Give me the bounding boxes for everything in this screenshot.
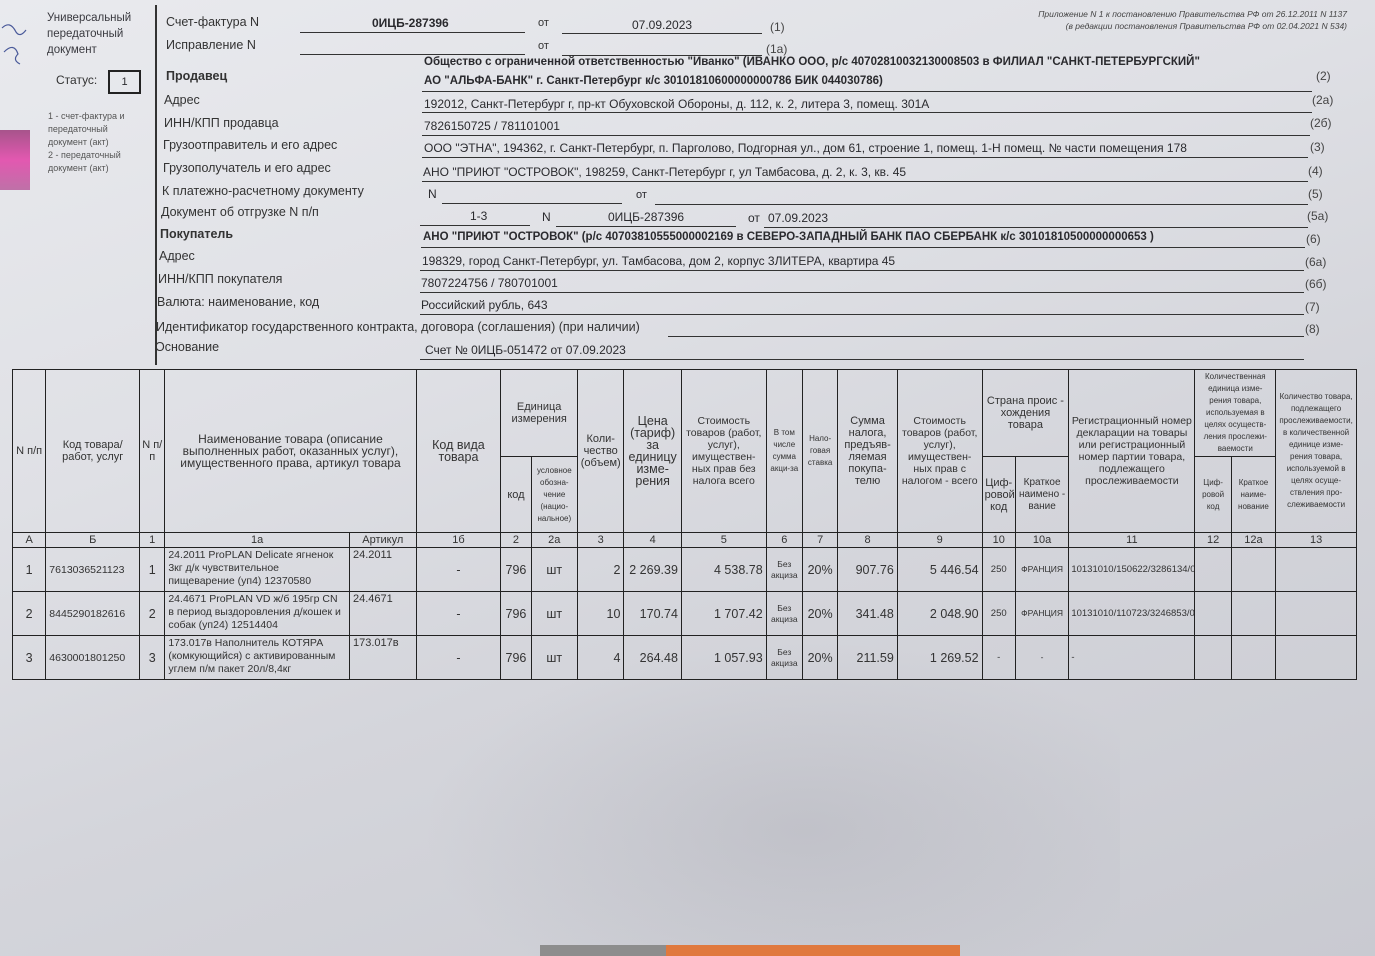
buyer-label: Покупатель	[160, 227, 233, 241]
appendix-line-2: (в редакции постановления Правительства …	[1038, 20, 1347, 32]
cell-n2: 3	[140, 636, 165, 680]
cell-unit-code: 796	[501, 548, 531, 592]
table-row: 17613036521123124.2011 ProPLAN Delicate …	[13, 548, 1357, 592]
cell-reg: 10131010/150622/3286134/0	[1069, 548, 1195, 592]
basis-label: Основание	[155, 340, 219, 354]
col-header-trace-unit: Количественная единица изме-рения товара…	[1195, 370, 1276, 457]
index-cell: 11	[1069, 533, 1195, 548]
cell-excise: Без акциза	[766, 592, 802, 636]
cell-trace-name	[1231, 636, 1275, 680]
cell-code: 7613036521123	[46, 548, 140, 592]
buyer-inn-code: (6б)	[1305, 277, 1327, 291]
seller-address-code: (2а)	[1312, 93, 1333, 107]
shipper-value: ООО "ЭТНА", 194362, г. Санкт-Петербург, …	[424, 141, 1187, 155]
shipper-code: (3)	[1310, 140, 1325, 154]
index-cell: 1б	[416, 533, 501, 548]
currency-value: Российский рубль, 643	[421, 298, 548, 312]
buyer-inn-line	[420, 292, 1304, 293]
cell-code: 8445290182616	[46, 592, 140, 636]
cell-trace-code	[1195, 592, 1231, 636]
cell-cost: 1 057.93	[681, 636, 766, 680]
col-header-trace-code: Циф-ровой код	[1195, 457, 1231, 533]
shipment-doc-number: 0ИЦБ-287396	[608, 210, 684, 224]
cell-tax: 211.59	[838, 636, 898, 680]
appendix-line-1: Приложение N 1 к постановлению Правитель…	[1038, 8, 1347, 20]
correction-number-line	[300, 54, 525, 55]
cell-rate: 20%	[802, 592, 837, 636]
cell-kind: -	[416, 548, 501, 592]
cell-unit-code: 796	[501, 592, 531, 636]
table-index-row: АБ11аАртикул1б22а34567891010а111212а13	[13, 533, 1357, 548]
index-cell: 12а	[1231, 533, 1275, 548]
index-cell: 2а	[531, 533, 577, 548]
index-cell: Б	[46, 533, 140, 548]
payment-doc-from-label: от	[636, 189, 647, 201]
col-header-total: Стоимость товаров (работ, услуг), имущес…	[897, 370, 982, 533]
cell-trace-name	[1231, 592, 1275, 636]
col-header-country: Страна проис - хождения товара	[982, 370, 1069, 457]
invoice-number-line	[300, 32, 525, 33]
invoice-number: 0ИЦБ-287396	[372, 16, 449, 30]
cell-unit-name: шт	[531, 592, 577, 636]
contract-id-code: (8)	[1305, 322, 1320, 336]
col-header-unit-code: код	[501, 457, 531, 533]
buyer-address-line	[420, 270, 1304, 271]
cell-name: 24.4671 ProPLAN VD ж/б 195гр CN в период…	[165, 592, 350, 636]
cell-qty: 4	[578, 636, 624, 680]
buyer-line	[421, 247, 1305, 248]
pen-scribble-icon	[0, 10, 28, 70]
currency-line	[420, 314, 1304, 315]
cell-unit-name: шт	[531, 636, 577, 680]
currency-label: Валюта: наименование, код	[157, 295, 319, 309]
index-cell: 10	[982, 533, 1015, 548]
seller-inn-line	[422, 135, 1310, 136]
index-cell: 12	[1195, 533, 1231, 548]
consignee-code: (4)	[1308, 164, 1323, 178]
col-header-trace-name: Краткое наиме-нование	[1231, 457, 1275, 533]
cell-article: 24.4671	[349, 592, 416, 636]
index-cell: 6	[766, 533, 802, 548]
cell-qty: 2	[578, 548, 624, 592]
shipment-doc-n-label: N	[542, 210, 551, 224]
cell-price: 170.74	[624, 592, 682, 636]
goods-table-body: 17613036521123124.2011 ProPLAN Delicate …	[13, 548, 1357, 680]
cell-country-name: -	[1015, 636, 1068, 680]
cell-price: 264.48	[624, 636, 682, 680]
table-header-row-1: N п/п Код товара/ работ, услуг N п/п Наи…	[13, 370, 1357, 457]
cell-trace-qty	[1276, 636, 1357, 680]
cell-kind: -	[416, 592, 501, 636]
buyer-inn-value: 7807224756 / 780701001	[421, 276, 558, 290]
cell-rate: 20%	[802, 548, 837, 592]
cell-trace-name	[1231, 548, 1275, 592]
col-header-excise: В том числе сумма акци-за	[766, 370, 802, 533]
seller-label: Продавец	[166, 69, 227, 83]
cell-kind: -	[416, 636, 501, 680]
cell-n: 2	[13, 592, 46, 636]
table-row: 346300018012503173.017в Наполнитель КОТЯ…	[13, 636, 1357, 680]
appendix-note: Приложение N 1 к постановлению Правитель…	[1038, 8, 1347, 32]
payment-doc-number-line	[442, 203, 622, 204]
index-cell: 9	[897, 533, 982, 548]
cell-country-code: -	[982, 636, 1015, 680]
table-row: 28445290182616224.4671 ProPLAN VD ж/б 19…	[13, 592, 1357, 636]
cell-excise: Без акциза	[766, 636, 802, 680]
cell-country-name: ФРАНЦИЯ	[1015, 592, 1068, 636]
invoice-date-line	[562, 33, 762, 34]
seller-value: Общество с ограниченной ответственностью…	[424, 56, 1200, 68]
seller-address-value: 192012, Санкт-Петербург г, пр-кт Обуховс…	[424, 97, 929, 111]
col-header-kind: Код вида товара	[416, 370, 501, 533]
buyer-value: АНО "ПРИЮТ "ОСТРОВОК" (р/с 4070381055500…	[423, 231, 1154, 243]
shipment-doc-date: 07.09.2023	[768, 211, 828, 225]
cell-trace-code	[1195, 548, 1231, 592]
seller-code: (2)	[1316, 69, 1331, 83]
status-label: Статус:	[56, 73, 97, 87]
payment-doc-code: (5)	[1308, 187, 1323, 201]
cell-trace-qty	[1276, 548, 1357, 592]
cell-country-code: 250	[982, 548, 1015, 592]
buyer-code: (6)	[1306, 232, 1321, 246]
index-cell: 2	[501, 533, 531, 548]
basis-value: Счет № 0ИЦБ-051472 от 07.09.2023	[425, 343, 626, 357]
payment-doc-n-label: N	[428, 187, 437, 201]
background-desk-edge	[540, 945, 960, 956]
cell-price: 2 269.39	[624, 548, 682, 592]
seller-inn-value: 7826150725 / 781101001	[424, 119, 560, 133]
cell-total: 2 048.90	[897, 592, 982, 636]
background-pink-object	[0, 130, 30, 190]
index-cell: 13	[1276, 533, 1357, 548]
consignee-value: АНО "ПРИЮТ "ОСТРОВОК", 198259, Санкт-Пет…	[423, 165, 906, 179]
shipper-label: Грузоотправитель и его адрес	[163, 138, 337, 152]
col-header-unit-name: условное обозна-чение (нацио-нальное)	[531, 457, 577, 533]
shipment-doc-range: 1-3	[470, 209, 487, 223]
shipment-doc-label: Документ об отгрузке N п/п	[161, 205, 319, 219]
invoice-code: (1)	[770, 20, 785, 34]
invoice-date-from: от	[538, 17, 549, 29]
consignee-line	[422, 181, 1308, 182]
cell-tax: 341.48	[838, 592, 898, 636]
buyer-address-code: (6а)	[1305, 255, 1326, 269]
basis-line	[420, 359, 1304, 360]
cell-article: 173.017в	[349, 636, 416, 680]
index-cell: 1а	[165, 533, 350, 548]
contract-id-label: Идентификатор государственного контракта…	[156, 320, 640, 334]
buyer-address-value: 198329, город Санкт-Петербург, ул. Тамба…	[422, 254, 895, 268]
status-legend: 1 - счет-фактура и передаточный документ…	[48, 110, 148, 175]
index-cell: 1	[140, 533, 165, 548]
seller-line	[422, 91, 1312, 92]
cell-rate: 20%	[802, 636, 837, 680]
cell-unit-name: шт	[531, 548, 577, 592]
shipment-doc-date-line	[764, 227, 1308, 228]
cell-reg: -	[1069, 636, 1195, 680]
payment-doc-date-line	[655, 204, 1308, 205]
cell-reg: 10131010/110723/3246853/0	[1069, 592, 1195, 636]
col-header-n: N п/п	[13, 370, 46, 533]
shipment-doc-range-line	[420, 225, 530, 226]
index-cell: 8	[838, 533, 898, 548]
index-cell: 5	[681, 533, 766, 548]
payment-doc-label: К платежно-расчетному документу	[162, 184, 364, 198]
cell-country-name: ФРАНЦИЯ	[1015, 548, 1068, 592]
invoice-date: 07.09.2023	[632, 18, 692, 32]
cell-n2: 2	[140, 592, 165, 636]
contract-id-line	[668, 336, 1304, 337]
seller-address-line	[422, 112, 1312, 113]
cell-code: 4630001801250	[46, 636, 140, 680]
index-cell: Артикул	[349, 533, 416, 548]
col-header-trace-qty: Количество товара, подлежащего прослежив…	[1276, 370, 1357, 533]
invoice-number-label: Счет-фактура N	[166, 15, 259, 29]
index-cell: 10а	[1015, 533, 1068, 548]
col-header-country-code: Циф-ровой код	[982, 457, 1015, 533]
left-column-divider	[155, 5, 157, 365]
seller-inn-label: ИНН/КПП продавца	[164, 116, 279, 130]
buyer-address-label: Адрес	[159, 249, 195, 263]
consignee-label: Грузополучатель и его адрес	[163, 161, 331, 175]
cell-cost: 1 707.42	[681, 592, 766, 636]
shipment-doc-number-line	[556, 226, 736, 227]
cell-qty: 10	[578, 592, 624, 636]
col-header-unit: Единица измерения	[501, 370, 578, 457]
col-header-qty: Коли-чество (объем)	[578, 370, 624, 533]
shipment-doc-code: (5а)	[1307, 209, 1328, 223]
cell-tax: 907.76	[838, 548, 898, 592]
cell-excise: Без акциза	[766, 548, 802, 592]
shipper-line	[422, 157, 1308, 158]
document-type-title: Универсальный передаточный документ	[47, 10, 157, 58]
paper-fold-shadow	[420, 640, 1120, 956]
index-cell: 3	[578, 533, 624, 548]
cell-country-code: 250	[982, 592, 1015, 636]
seller-value-line2: АО "АЛЬФА-БАНК" г. Санкт-Петербург к/с 3…	[424, 75, 883, 87]
col-header-country-name: Краткое наимено - вание	[1015, 457, 1068, 533]
index-cell: 7	[802, 533, 837, 548]
col-header-name: Наименование товара (описание выполненны…	[165, 370, 416, 533]
cell-n2: 1	[140, 548, 165, 592]
cell-name: 173.017в Наполнитель КОТЯРА (комкующийся…	[165, 636, 350, 680]
correction-date-from: от	[538, 40, 549, 52]
cell-total: 5 446.54	[897, 548, 982, 592]
cell-name: 24.2011 ProPLAN Delicate ягненок 3кг д/к…	[165, 548, 350, 592]
cell-cost: 4 538.78	[681, 548, 766, 592]
currency-code: (7)	[1305, 300, 1320, 314]
col-header-cost: Стоимость товаров (работ, услуг), имущес…	[681, 370, 766, 533]
cell-trace-code	[1195, 636, 1231, 680]
cell-unit-code: 796	[501, 636, 531, 680]
col-header-price: Цена (тариф) за единицу изме-рения	[624, 370, 682, 533]
cell-n: 1	[13, 548, 46, 592]
buyer-inn-label: ИНН/КПП покупателя	[158, 272, 282, 286]
cell-trace-qty	[1276, 592, 1357, 636]
index-cell: А	[13, 533, 46, 548]
col-header-n2: N п/п	[140, 370, 165, 533]
correction-code: (1а)	[766, 42, 787, 56]
col-header-rate: Нало-говая ставка	[802, 370, 837, 533]
cell-n: 3	[13, 636, 46, 680]
cell-article: 24.2011	[349, 548, 416, 592]
cell-total: 1 269.52	[897, 636, 982, 680]
col-header-reg: Регистрационный номер декларации на това…	[1069, 370, 1195, 533]
seller-address-label: Адрес	[164, 93, 200, 107]
status-value-box: 1	[108, 70, 141, 94]
col-header-tax: Сумма налога, предъяв-ляемая покупа-телю	[838, 370, 898, 533]
col-header-code: Код товара/ работ, услуг	[46, 370, 140, 533]
index-cell: 4	[624, 533, 682, 548]
shipment-doc-from-label: от	[748, 211, 760, 225]
correction-label: Исправление N	[166, 38, 256, 52]
seller-inn-code: (2б)	[1310, 116, 1332, 130]
goods-table: N п/п Код товара/ работ, услуг N п/п Наи…	[12, 369, 1357, 680]
